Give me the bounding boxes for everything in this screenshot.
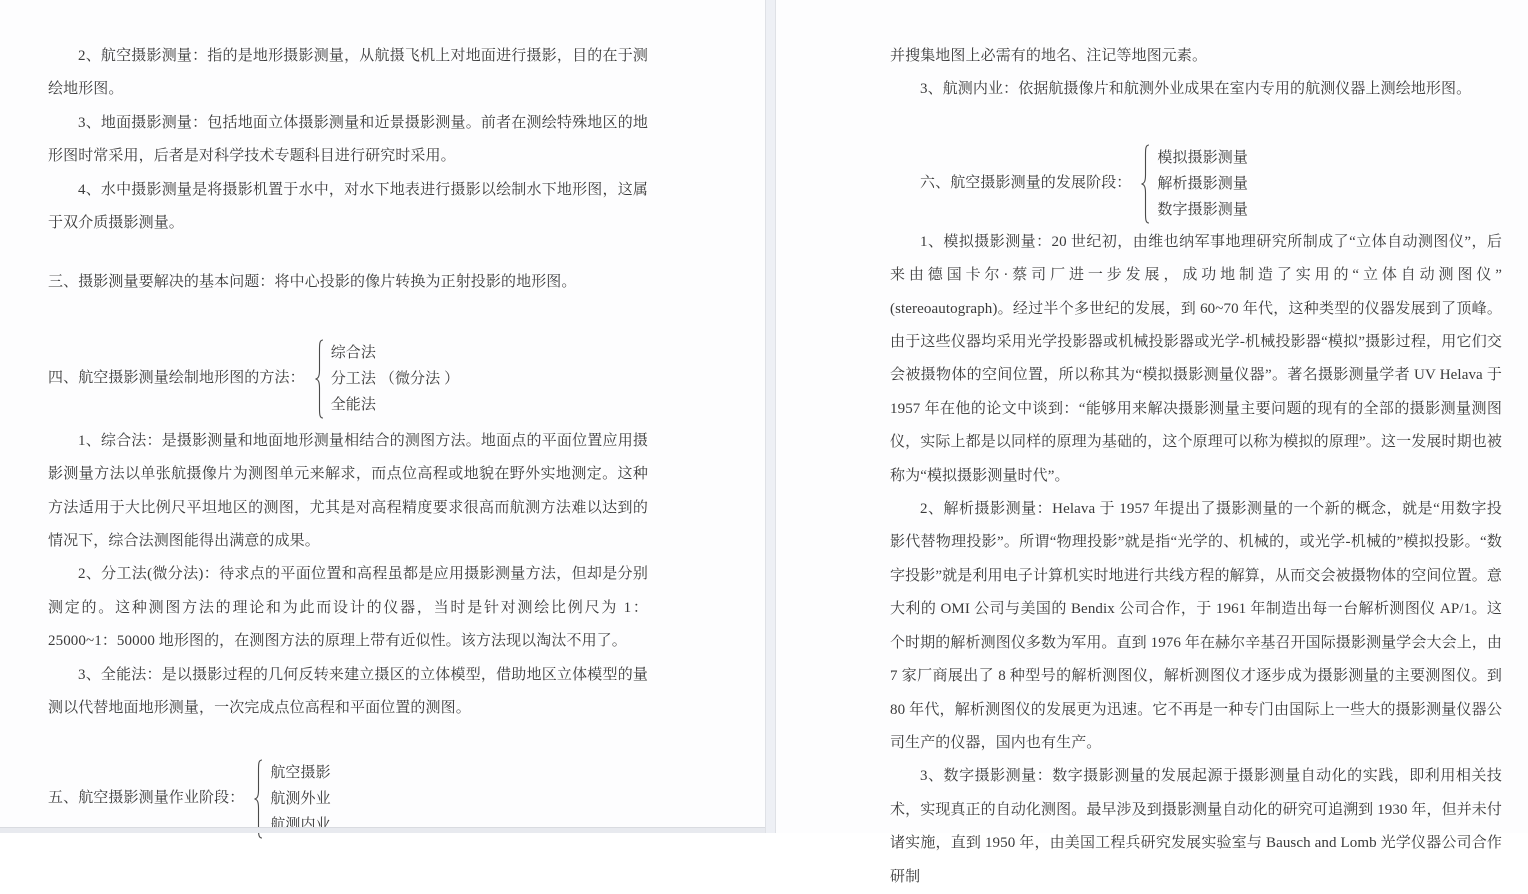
brace-item: 航测外业: [270, 786, 330, 812]
curly-brace-icon: [253, 759, 263, 834]
paragraph-collect-map-elements: 并搜集地图上必需有的地名、注记等地图元素。: [890, 40, 1502, 73]
brace-item: 分工法 （微分法 ）: [331, 366, 460, 392]
paragraph-aerial-photogrammetry: 2、航空摄影测量：指的是地形摄影测量，从航摄飞机上对地面进行摄影，目的在于测绘地…: [48, 40, 648, 107]
paragraph-interior-work: 3、航测内业：依据航摄像片和航测外业成果在室内专用的航测仪器上测绘地形图。: [890, 73, 1502, 106]
paragraph-digital-photogrammetry: 3、数字摄影测量：数字摄影测量的发展起源于摄影测量自动化的实践，即利用相关技术，…: [890, 760, 1502, 833]
paragraph-underwater-photogrammetry: 4、水中摄影测量是将摄影机置于水中，对水下地表进行摄影以绘制水下地形图，这属于双…: [48, 174, 648, 241]
heading-basic-problem: 三、摄影测量要解决的基本问题：将中心投影的像片转换为正射投影的地形图。: [48, 266, 648, 299]
development-stages-items: 模拟摄影测量 解析摄影测量 数字摄影测量: [1157, 145, 1248, 223]
right-page-text-column: 并搜集地图上必需有的地名、注记等地图元素。 3、航测内业：依据航摄像片和航测外业…: [890, 0, 1502, 833]
paragraph-universal-method: 3、全能法：是以摄影过程的几何反转来建立摄区的立体模型，借助地区立体模型的量测以…: [48, 659, 648, 726]
paragraph-integrated-method: 1、综合法：是摄影测量和地面地形测量相结合的测图方法。地面点的平面位置应用摄影测…: [48, 425, 648, 559]
brace-item: 综合法: [331, 340, 460, 366]
brace-item: 航空摄影: [270, 760, 330, 786]
page-gap-divider: [765, 0, 776, 833]
development-stages-brace-diagram: 六、航空摄影测量的发展阶段： 模拟摄影测量 解析摄影测量 数字摄影测量: [890, 144, 1502, 224]
page-bottom-edge: [0, 827, 765, 833]
curly-brace-icon: [1140, 144, 1150, 224]
paragraph-analytical-photogrammetry: 2、解析摄影测量：Helava 于 1957 年提出了摄影测量的一个新的概念，就…: [890, 493, 1502, 760]
paragraph-analog-photogrammetry: 1、模拟摄影测量：20 世纪初，由维也纳军事地理研究所制成了“立体自动测图仪”，…: [890, 226, 1502, 493]
brace-item: 全能法: [331, 392, 460, 418]
brace-item: 模拟摄影测量: [1157, 145, 1248, 171]
paragraph-division-method: 2、分工法(微分法)：待求点的平面位置和高程虽都是应用摄影测量方法，但却是分别测…: [48, 558, 648, 658]
mapping-methods-items: 综合法 分工法 （微分法 ） 全能法: [331, 340, 460, 418]
document-page-right: 并搜集地图上必需有的地名、注记等地图元素。 3、航测内业：依据航摄像片和航测外业…: [776, 0, 1528, 833]
paragraph-ground-photogrammetry: 3、地面摄影测量：包括地面立体摄影测量和近景摄影测量。前者在测绘特殊地区的地形图…: [48, 107, 648, 174]
curly-brace-icon: [314, 339, 324, 419]
mapping-methods-brace-diagram: 四、航空摄影测量绘制地形图的方法： 综合法 分工法 （微分法 ） 全能法: [48, 339, 648, 419]
mapping-methods-label: 四、航空摄影测量绘制地形图的方法：: [48, 362, 305, 395]
work-stages-items: 航空摄影 航测外业 航测内业: [270, 760, 330, 834]
brace-item: 数字摄影测量: [1157, 197, 1248, 223]
document-page-left: 2、航空摄影测量：指的是地形摄影测量，从航摄飞机上对地面进行摄影，目的在于测绘地…: [0, 0, 765, 833]
work-stages-brace-diagram: 五、航空摄影测量作业阶段： 航空摄影 航测外业 航测内业: [48, 759, 648, 834]
left-page-text-column: 2、航空摄影测量：指的是地形摄影测量，从航摄飞机上对地面进行摄影，目的在于测绘地…: [48, 0, 648, 833]
development-stages-label: 六、航空摄影测量的发展阶段：: [920, 167, 1131, 200]
brace-item: 解析摄影测量: [1157, 171, 1248, 197]
work-stages-label: 五、航空摄影测量作业阶段：: [48, 782, 244, 815]
